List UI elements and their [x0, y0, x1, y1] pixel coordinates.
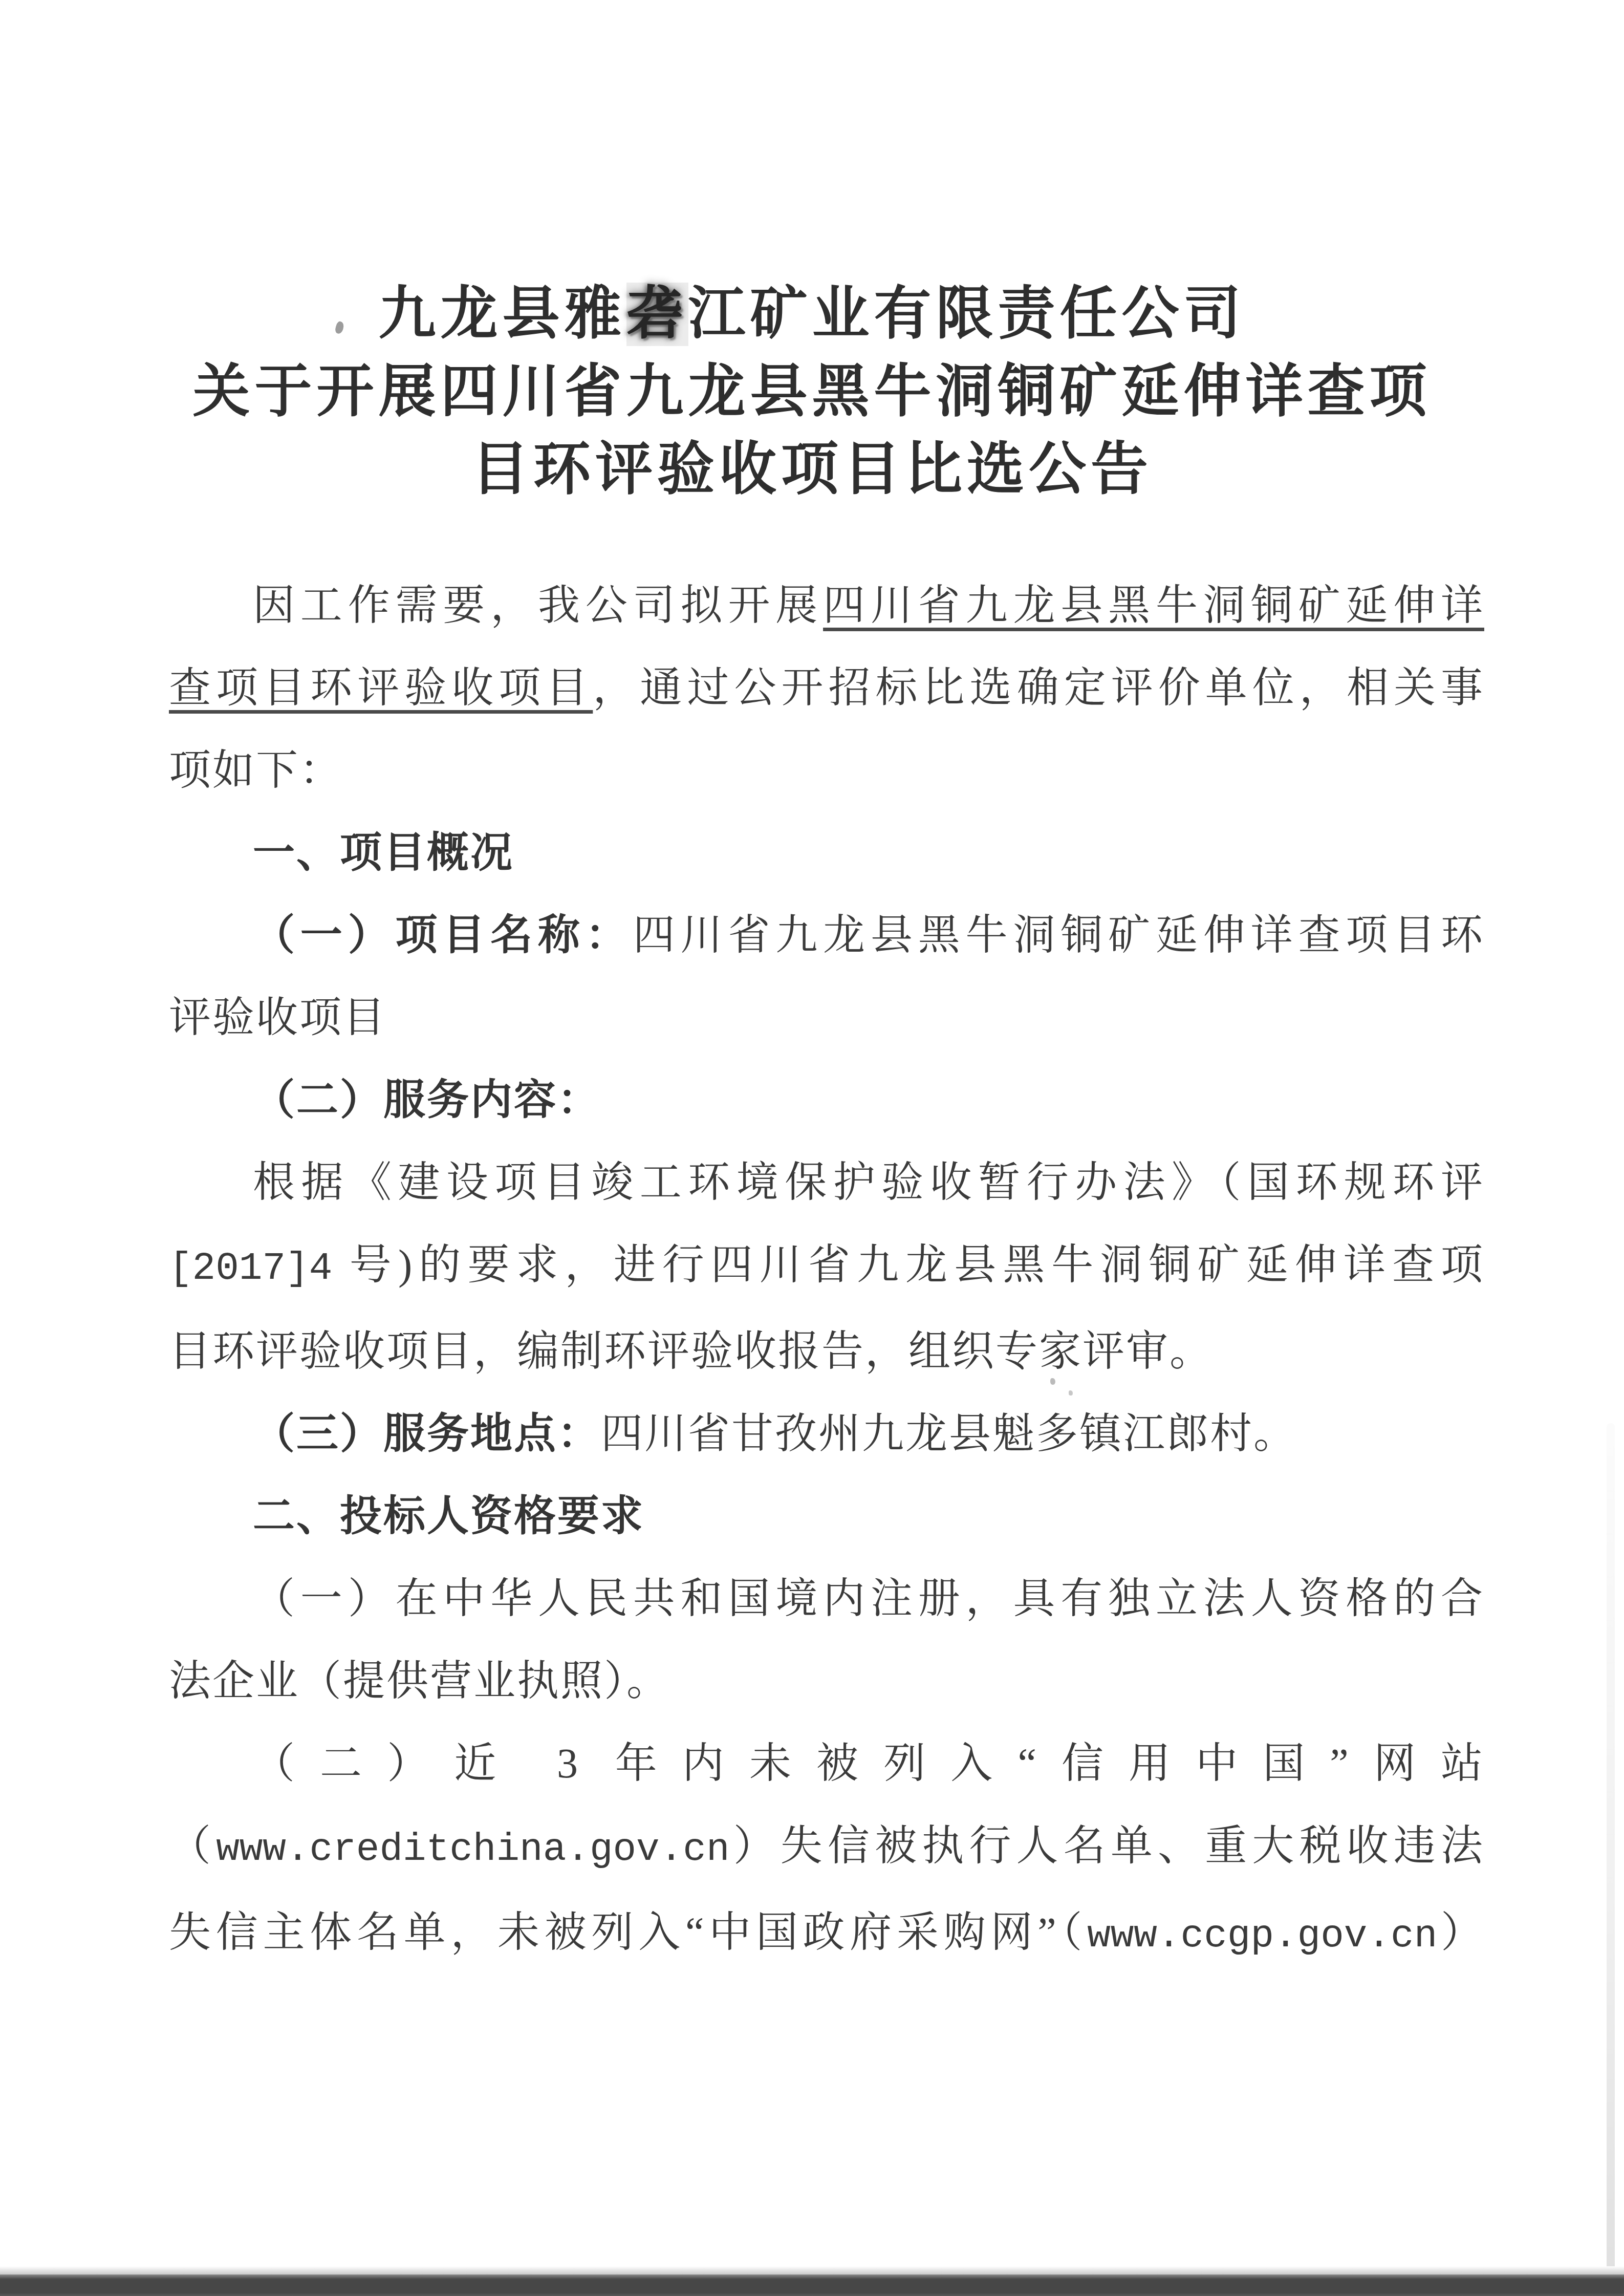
paragraph-text: 四川省九龙县黑牛洞铜矿延伸详查项目环 — [633, 912, 1484, 958]
body-line-9: [2017]4 号)的要求，进行四川省九龙县黑牛洞铜矿延伸详查项 — [169, 1224, 1484, 1310]
title-line-1-pre: 九龙县雅 — [379, 283, 626, 346]
body-line-11: （三）服务地点：四川省甘孜州九龙县魁多镇江郎村。 — [169, 1392, 1484, 1475]
item-label: （一）项目名称： — [253, 912, 633, 958]
body-line-8: 根据《建设项目竣工环境保护验收暂行办法》（国环规环评 — [169, 1141, 1484, 1224]
section-heading-2: 二、投标人资格要求 — [169, 1475, 1484, 1557]
paragraph-text: ） — [1437, 1909, 1484, 1956]
section-heading-1: 一、项目概况 — [169, 811, 1484, 894]
body-line-13: （一）在中华人民共和国境内注册，具有独立法人资格的合 — [169, 1557, 1484, 1640]
ccgp-url: www.ccgp.gov.cn — [1087, 1914, 1437, 1958]
underlined-project-name: 查项目环评验收项目 — [169, 664, 593, 711]
document-number: [2017]4 — [169, 1247, 332, 1291]
body-line-16: （www.creditchina.gov.cn）失信被执行人名单、重大税收违法 — [169, 1805, 1484, 1891]
document-body: 因工作需要，我公司拟开展四川省九龙县黑牛洞铜矿延伸详 查项目环评验收项目，通过公… — [169, 564, 1484, 1978]
underlined-project-name: 四川省九龙县黑牛洞铜矿延伸详 — [823, 582, 1484, 629]
item-label: （二）服务内容： — [253, 1077, 601, 1123]
paragraph-text: 四川省甘孜州九龙县魁多镇江郎村。 — [601, 1410, 1297, 1457]
scan-edge-artifact — [1607, 1423, 1615, 2276]
item-label: （三）服务地点： — [253, 1410, 601, 1457]
paragraph-text: 号)的要求，进行四川省九龙县黑牛洞铜矿延伸详查项 — [332, 1241, 1484, 1288]
scan-bottom-fade — [0, 2266, 1624, 2274]
title-smudged-char: 砻 — [626, 283, 688, 346]
body-line-2: 查项目环评验收项目，通过公开招标比选确定评价单位，相关事 — [169, 647, 1484, 729]
body-line-1: 因工作需要，我公司拟开展四川省九龙县黑牛洞铜矿延伸详 — [169, 564, 1484, 647]
title-line-1: 九龙县雅砻江矿业有限责任公司 — [0, 275, 1624, 353]
paragraph-text: 因工作需要，我公司拟开展 — [253, 582, 823, 629]
body-line-14: 法企业（提供营业执照）。 — [169, 1640, 1484, 1722]
body-line-5: （一）项目名称：四川省九龙县黑牛洞铜矿延伸详查项目环 — [169, 894, 1484, 976]
body-line-17: 失信主体名单，未被列入“中国政府采购网”（www.ccgp.gov.cn） — [169, 1891, 1484, 1978]
title-line-3: 目环评验收项目比选公告 — [0, 431, 1624, 509]
body-line-10: 目环评验收项目，编制环评验收报告，组织专家评审。 — [169, 1310, 1484, 1392]
paragraph-text: （ — [169, 1822, 216, 1869]
body-line-15: （二）近 3 年内未被列入“信用中国”网站 — [169, 1722, 1484, 1805]
title-line-2: 关于开展四川省九龙县黑牛洞铜矿延伸详查项 — [0, 353, 1624, 431]
scan-bottom-bar — [0, 2274, 1624, 2296]
scanned-document-page: 九龙县雅砻江矿业有限责任公司 关于开展四川省九龙县黑牛洞铜矿延伸详查项 目环评验… — [0, 0, 1624, 2296]
body-line-7: （二）服务内容： — [169, 1059, 1484, 1141]
title-line-1-post: 江矿业有限责任公司 — [688, 283, 1246, 346]
creditchina-url: www.creditchina.gov.cn — [216, 1828, 729, 1872]
body-line-3: 项如下： — [169, 729, 1484, 811]
paragraph-text: 失信主体名单，未被列入“中国政府采购网”（ — [169, 1909, 1087, 1956]
document-title: 九龙县雅砻江矿业有限责任公司 关于开展四川省九龙县黑牛洞铜矿延伸详查项 目环评验… — [0, 275, 1624, 509]
paragraph-text: ）失信被执行人名单、重大税收违法 — [730, 1822, 1484, 1869]
body-line-6: 评验收项目 — [169, 976, 1484, 1059]
paragraph-text: ，通过公开招标比选确定评价单位，相关事 — [593, 664, 1484, 711]
